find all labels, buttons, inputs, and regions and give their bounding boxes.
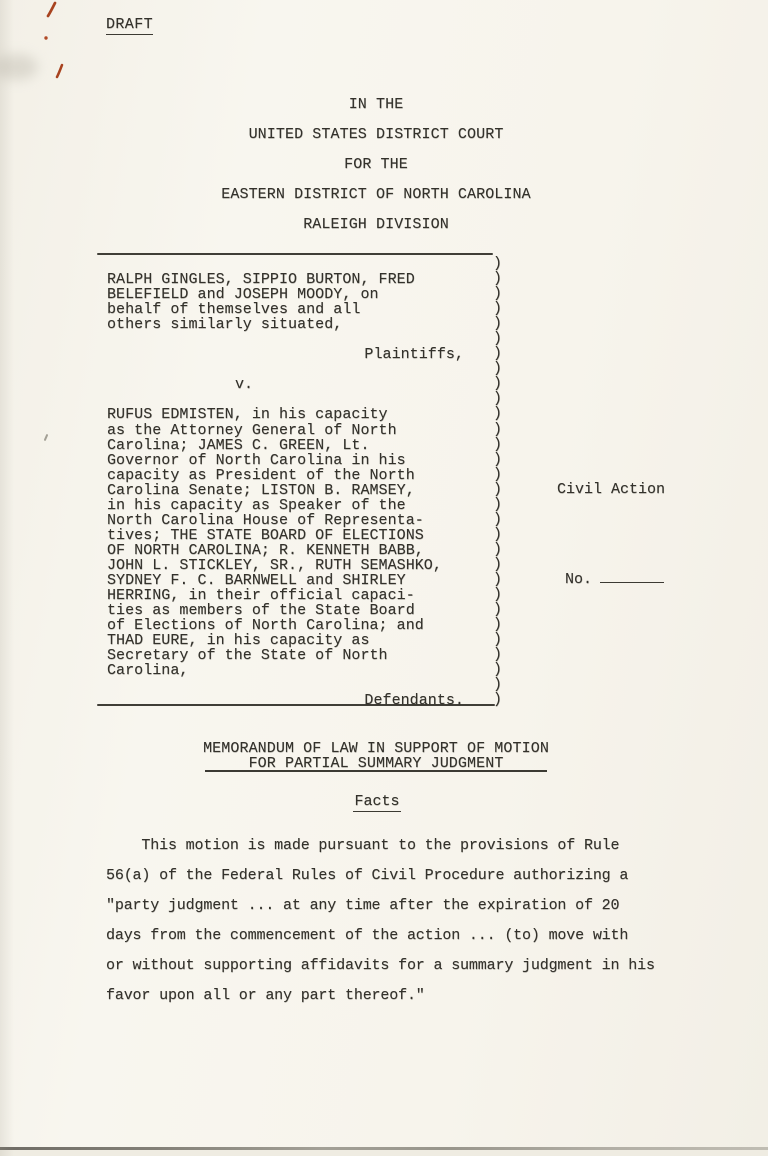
caption-line: Plaintiffs,	[107, 347, 464, 362]
caption-paren: )	[493, 331, 502, 346]
caption-line: RALPH GINGLES, SIPPIO BURTON, FRED	[107, 272, 464, 287]
body-line: 56(a) of the Federal Rules of Civil Proc…	[106, 861, 706, 891]
scan-left-edge-shade	[0, 0, 14, 1156]
caption-line: HERRING, in their official capaci-	[107, 588, 464, 603]
caption-line: OF NORTH CAROLINA; R. KENNETH BABB,	[107, 543, 464, 558]
caption-line: North Carolina House of Representa-	[107, 513, 464, 528]
handwritten-slash-mark-1	[48, 3, 55, 16]
body-paragraph: This motion is made pursuant to the prov…	[106, 831, 706, 1011]
facts-heading-text: Facts	[353, 793, 400, 812]
caption-line: Governor of North Carolina in his	[107, 453, 464, 468]
caption-line	[107, 257, 464, 272]
caption-paren: )	[493, 542, 502, 557]
caption-line: behalf of themselves and all	[107, 302, 464, 317]
caption-paren: )	[493, 346, 502, 361]
handwritten-slash-mark-2	[57, 65, 62, 77]
draft-label: DRAFT	[106, 16, 153, 35]
case-number-blank	[600, 570, 664, 583]
caption-line	[107, 332, 464, 347]
caption-line: ties as members of the State Board	[107, 603, 464, 618]
memo-title-line2: FOR PARTIAL SUMMARY JUDGMENT	[0, 757, 752, 772]
court-heading-line: EASTERN DISTRICT OF NORTH CAROLINA	[0, 180, 752, 210]
caption-line: in his capacity as Speaker of the	[107, 498, 464, 513]
caption-paren: )	[493, 376, 502, 391]
caption-line: Carolina Senate; LISTON B. RAMSEY,	[107, 483, 464, 498]
court-heading-line: RALEIGH DIVISION	[0, 210, 752, 240]
caption-paren: )	[493, 256, 502, 271]
document-page: DRAFT IN THEUNITED STATES DISTRICT COURT…	[0, 0, 768, 1156]
caption-paren: )	[493, 662, 502, 677]
body-line: favor upon all or any part thereof."	[106, 981, 706, 1011]
caption-paren: )	[493, 647, 502, 662]
caption-line: Carolina; JAMES C. GREEN, Lt.	[107, 438, 464, 453]
caption-paren: )	[493, 692, 502, 707]
caption-paren-column: ))))))))))))))))))))))))))))))	[493, 256, 502, 707]
facts-heading: Facts	[0, 793, 754, 810]
scan-bottom-edge	[0, 1147, 768, 1150]
caption-line: Secretary of the State of North	[107, 648, 464, 663]
caption-line: RUFUS EDMISTEN, in his capacity	[107, 407, 464, 422]
civil-action-block: Civil Action No.	[557, 415, 665, 655]
caption-line: tives; THE STATE BOARD OF ELECTIONS	[107, 528, 464, 543]
caption-paren: )	[493, 617, 502, 632]
caption-line: THAD EURE, in his capacity as	[107, 633, 464, 648]
caption-paren: )	[493, 316, 502, 331]
caption-paren: )	[493, 301, 502, 316]
case-number-label: No.	[565, 571, 592, 588]
caption-paren: )	[493, 632, 502, 647]
caption-paren: )	[493, 512, 502, 527]
caption-line: capacity as President of the North	[107, 468, 464, 483]
caption-line	[107, 678, 464, 693]
case-caption: RALPH GINGLES, SIPPIO BURTON, FREDBELEFI…	[107, 257, 464, 708]
caption-paren: )	[493, 482, 502, 497]
caption-line	[107, 392, 464, 407]
caption-paren: )	[493, 406, 502, 421]
caption-paren: )	[493, 572, 502, 587]
bottom-paper-shade	[0, 1150, 768, 1156]
caption-line: v.	[107, 377, 464, 392]
caption-paren: )	[493, 452, 502, 467]
caption-paren: )	[493, 587, 502, 602]
caption-paren: )	[493, 467, 502, 482]
caption-paren: )	[493, 437, 502, 452]
scan-speck	[44, 434, 49, 441]
handwritten-dot-mark	[44, 36, 47, 39]
caption-paren: )	[493, 497, 502, 512]
caption-line: Carolina,	[107, 663, 464, 678]
caption-paren: )	[493, 677, 502, 692]
caption-paren: )	[493, 286, 502, 301]
memo-title-underline	[205, 770, 547, 772]
caption-paren: )	[493, 271, 502, 286]
caption-paren: )	[493, 422, 502, 437]
case-number-row: No.	[557, 565, 665, 595]
civil-action-label: Civil Action	[557, 475, 665, 505]
court-heading: IN THEUNITED STATES DISTRICT COURTFOR TH…	[0, 90, 752, 240]
caption-line: as the Attorney General of North	[107, 423, 464, 438]
caption-paren: )	[493, 361, 502, 376]
memo-title: MEMORANDUM OF LAW IN SUPPORT OF MOTION F…	[0, 742, 752, 771]
caption-line: JOHN L. STICKLEY, SR., RUTH SEMASHKO,	[107, 558, 464, 573]
court-heading-line: IN THE	[0, 90, 752, 120]
caption-line: Defendants.	[107, 693, 464, 708]
body-line: This motion is made pursuant to the prov…	[106, 831, 706, 861]
caption-line: BELEFIELD and JOSEPH MOODY, on	[107, 287, 464, 302]
caption-paren: )	[493, 602, 502, 617]
caption-line: of Elections of North Carolina; and	[107, 618, 464, 633]
body-line: "party judgment ... at any time after th…	[106, 891, 706, 921]
body-line: days from the commencement of the action…	[106, 921, 706, 951]
caption-rule-top	[97, 253, 493, 255]
handwritten-marks	[0, 0, 100, 100]
court-heading-line: UNITED STATES DISTRICT COURT	[0, 120, 752, 150]
caption-paren: )	[493, 557, 502, 572]
caption-paren: )	[493, 391, 502, 406]
body-line: or without supporting affidavits for a s…	[106, 951, 706, 981]
court-heading-line: FOR THE	[0, 150, 752, 180]
caption-line	[107, 362, 464, 377]
caption-paren: )	[493, 527, 502, 542]
caption-line: SYDNEY F. C. BARNWELL and SHIRLEY	[107, 573, 464, 588]
caption-line: others similarly situated,	[107, 317, 464, 332]
